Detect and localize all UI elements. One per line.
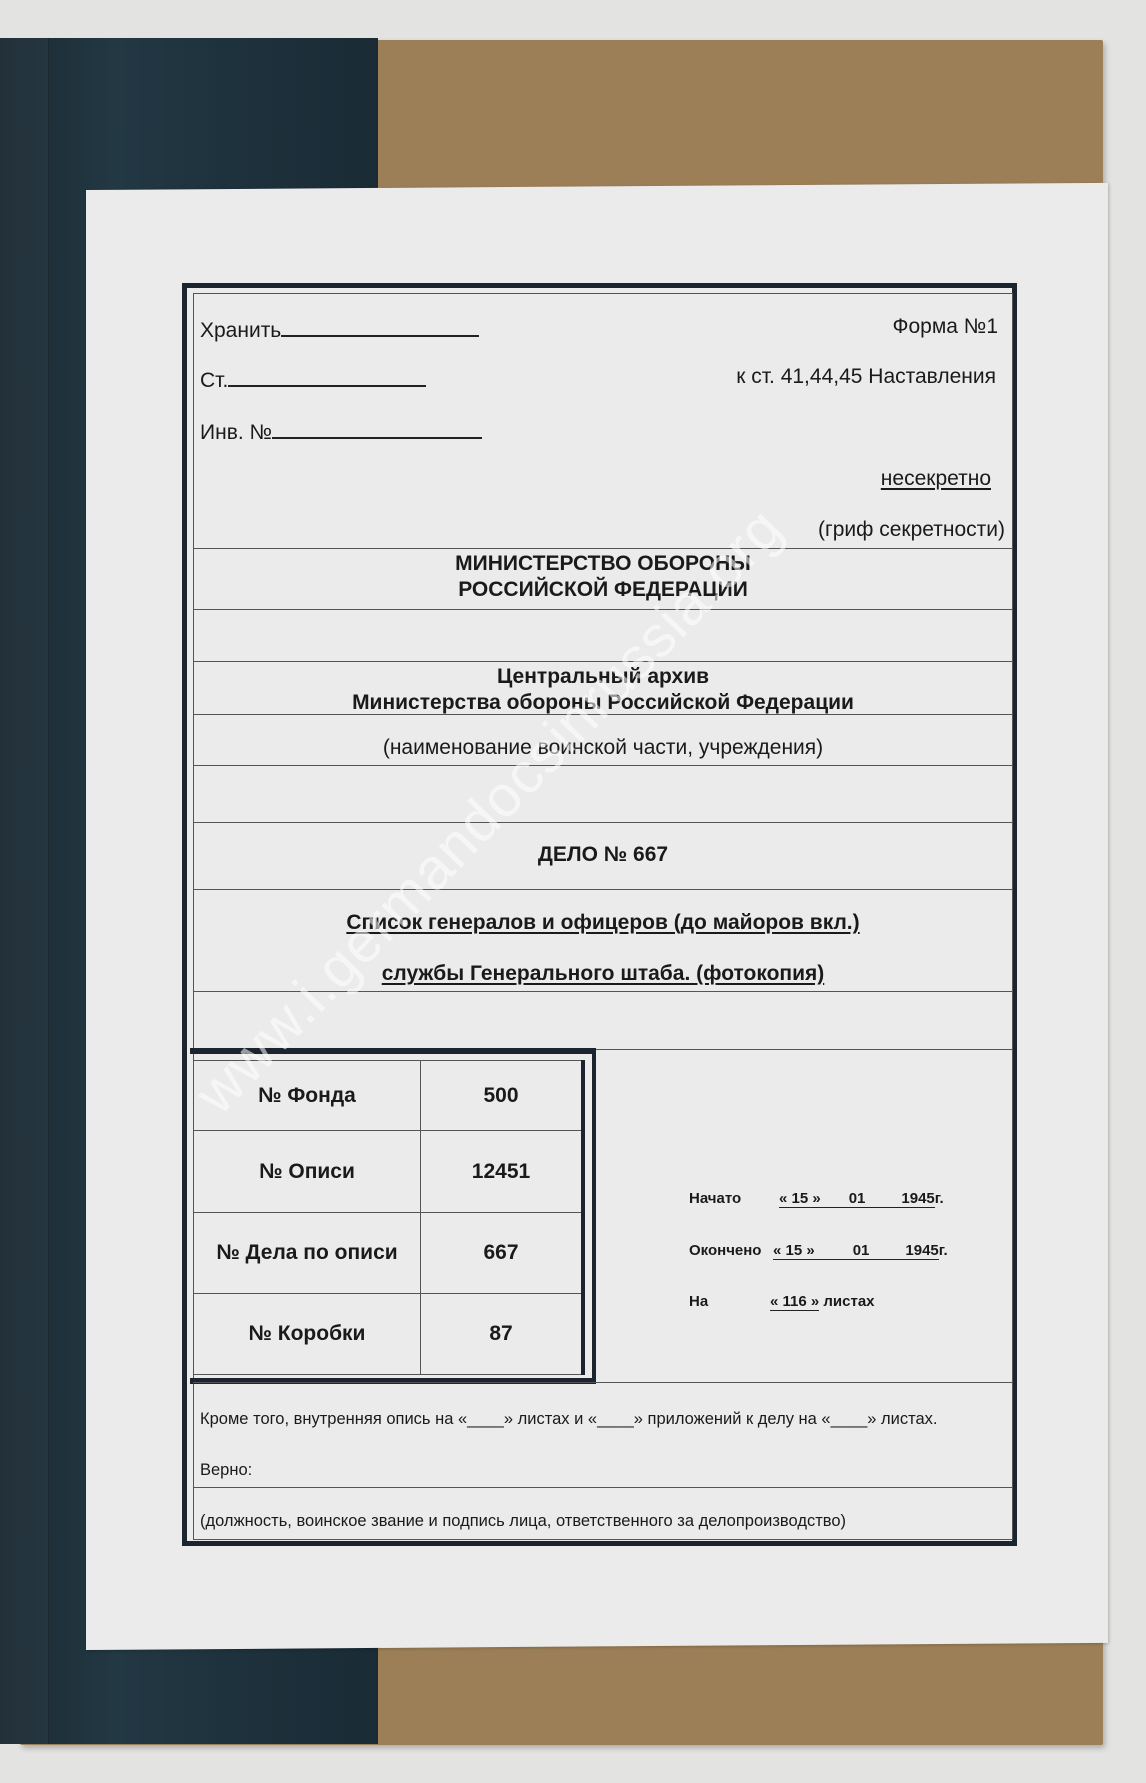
ended-month: 01 — [853, 1242, 870, 1259]
ministry-line-2: РОССИЙСКОЙ ФЕДЕРАЦИИ — [193, 577, 1013, 603]
started-date: « 15 »011945 — [779, 1190, 935, 1208]
divider — [193, 1382, 1013, 1383]
started-year: 1945 — [901, 1190, 934, 1207]
ended-date: « 15 »011945 — [773, 1242, 939, 1260]
ended-year-suffix: г. — [939, 1242, 948, 1259]
store-label: Хранить — [200, 319, 281, 342]
divider — [193, 609, 1013, 610]
table-value: 667 — [421, 1213, 584, 1294]
sheets-row: На« 116 » листах — [689, 1293, 875, 1311]
folder-spine-edge — [0, 38, 49, 1744]
table-label: № Коробки — [194, 1294, 421, 1375]
reference-text: к ст. 41,44,45 Наставления — [736, 365, 996, 389]
started-label: Начато — [689, 1190, 779, 1207]
inv-label: Инв. № — [200, 421, 272, 444]
started-year-suffix: г. — [935, 1190, 944, 1207]
store-blank — [281, 315, 479, 337]
divider — [193, 1487, 1013, 1488]
case-description-1: Список генералов и офицеров (до майоров … — [193, 911, 1013, 935]
table-label: № Описи — [194, 1131, 421, 1213]
ended-day: « 15 » — [773, 1242, 815, 1259]
table-value: 87 — [421, 1294, 584, 1375]
signature-caption: (должность, воинское звание и подпись ли… — [200, 1512, 846, 1531]
archive-table: № Фонда 500 № Описи 12451 № Дела по опис… — [193, 1060, 585, 1375]
ended-row: Окончено« 15 »011945г. — [689, 1242, 948, 1260]
case-title: ДЕЛО № 667 — [193, 843, 1013, 867]
sheets-suffix: листах — [823, 1293, 874, 1310]
divider — [193, 548, 1013, 549]
ministry-title: МИНИСТЕРСТВО ОБОРОНЫ РОССИЙСКОЙ ФЕДЕРАЦИ… — [193, 551, 1013, 603]
table-row: № Коробки 87 — [194, 1294, 584, 1375]
store-field: Хранить — [200, 315, 479, 343]
divider — [193, 822, 1013, 823]
table-row: № Дела по описи 667 — [194, 1213, 584, 1294]
ended-year: 1945 — [905, 1242, 938, 1259]
table-value: 12451 — [421, 1131, 584, 1213]
divider — [193, 889, 1013, 890]
form-number: Форма №1 — [893, 315, 998, 339]
st-blank — [228, 365, 426, 387]
started-day: « 15 » — [779, 1190, 821, 1207]
table-label: № Дела по описи — [194, 1213, 421, 1294]
table-value: 500 — [421, 1061, 584, 1131]
ministry-line-1: МИНИСТЕРСТВО ОБОРОНЫ — [193, 551, 1013, 577]
secrecy-value: несекретно — [881, 467, 991, 491]
certified-label: Верно: — [200, 1461, 252, 1480]
divider — [193, 765, 1013, 766]
table-row: № Описи 12451 — [194, 1131, 584, 1213]
additional-inventory: Кроме того, внутренняя опись на «____» л… — [200, 1410, 938, 1429]
sheets-label: На — [689, 1293, 770, 1310]
st-label: Ст. — [200, 369, 228, 392]
started-month: 01 — [849, 1190, 866, 1207]
st-field: Ст. — [200, 365, 426, 393]
inv-blank — [272, 417, 482, 439]
inv-field: Инв. № — [200, 417, 482, 445]
secrecy-caption: (гриф секретности) — [818, 518, 1005, 542]
started-row: Начато« 15 »011945г. — [689, 1190, 944, 1208]
sheets-value: « 116 » — [770, 1293, 819, 1311]
ended-label: Окончено — [689, 1242, 773, 1259]
